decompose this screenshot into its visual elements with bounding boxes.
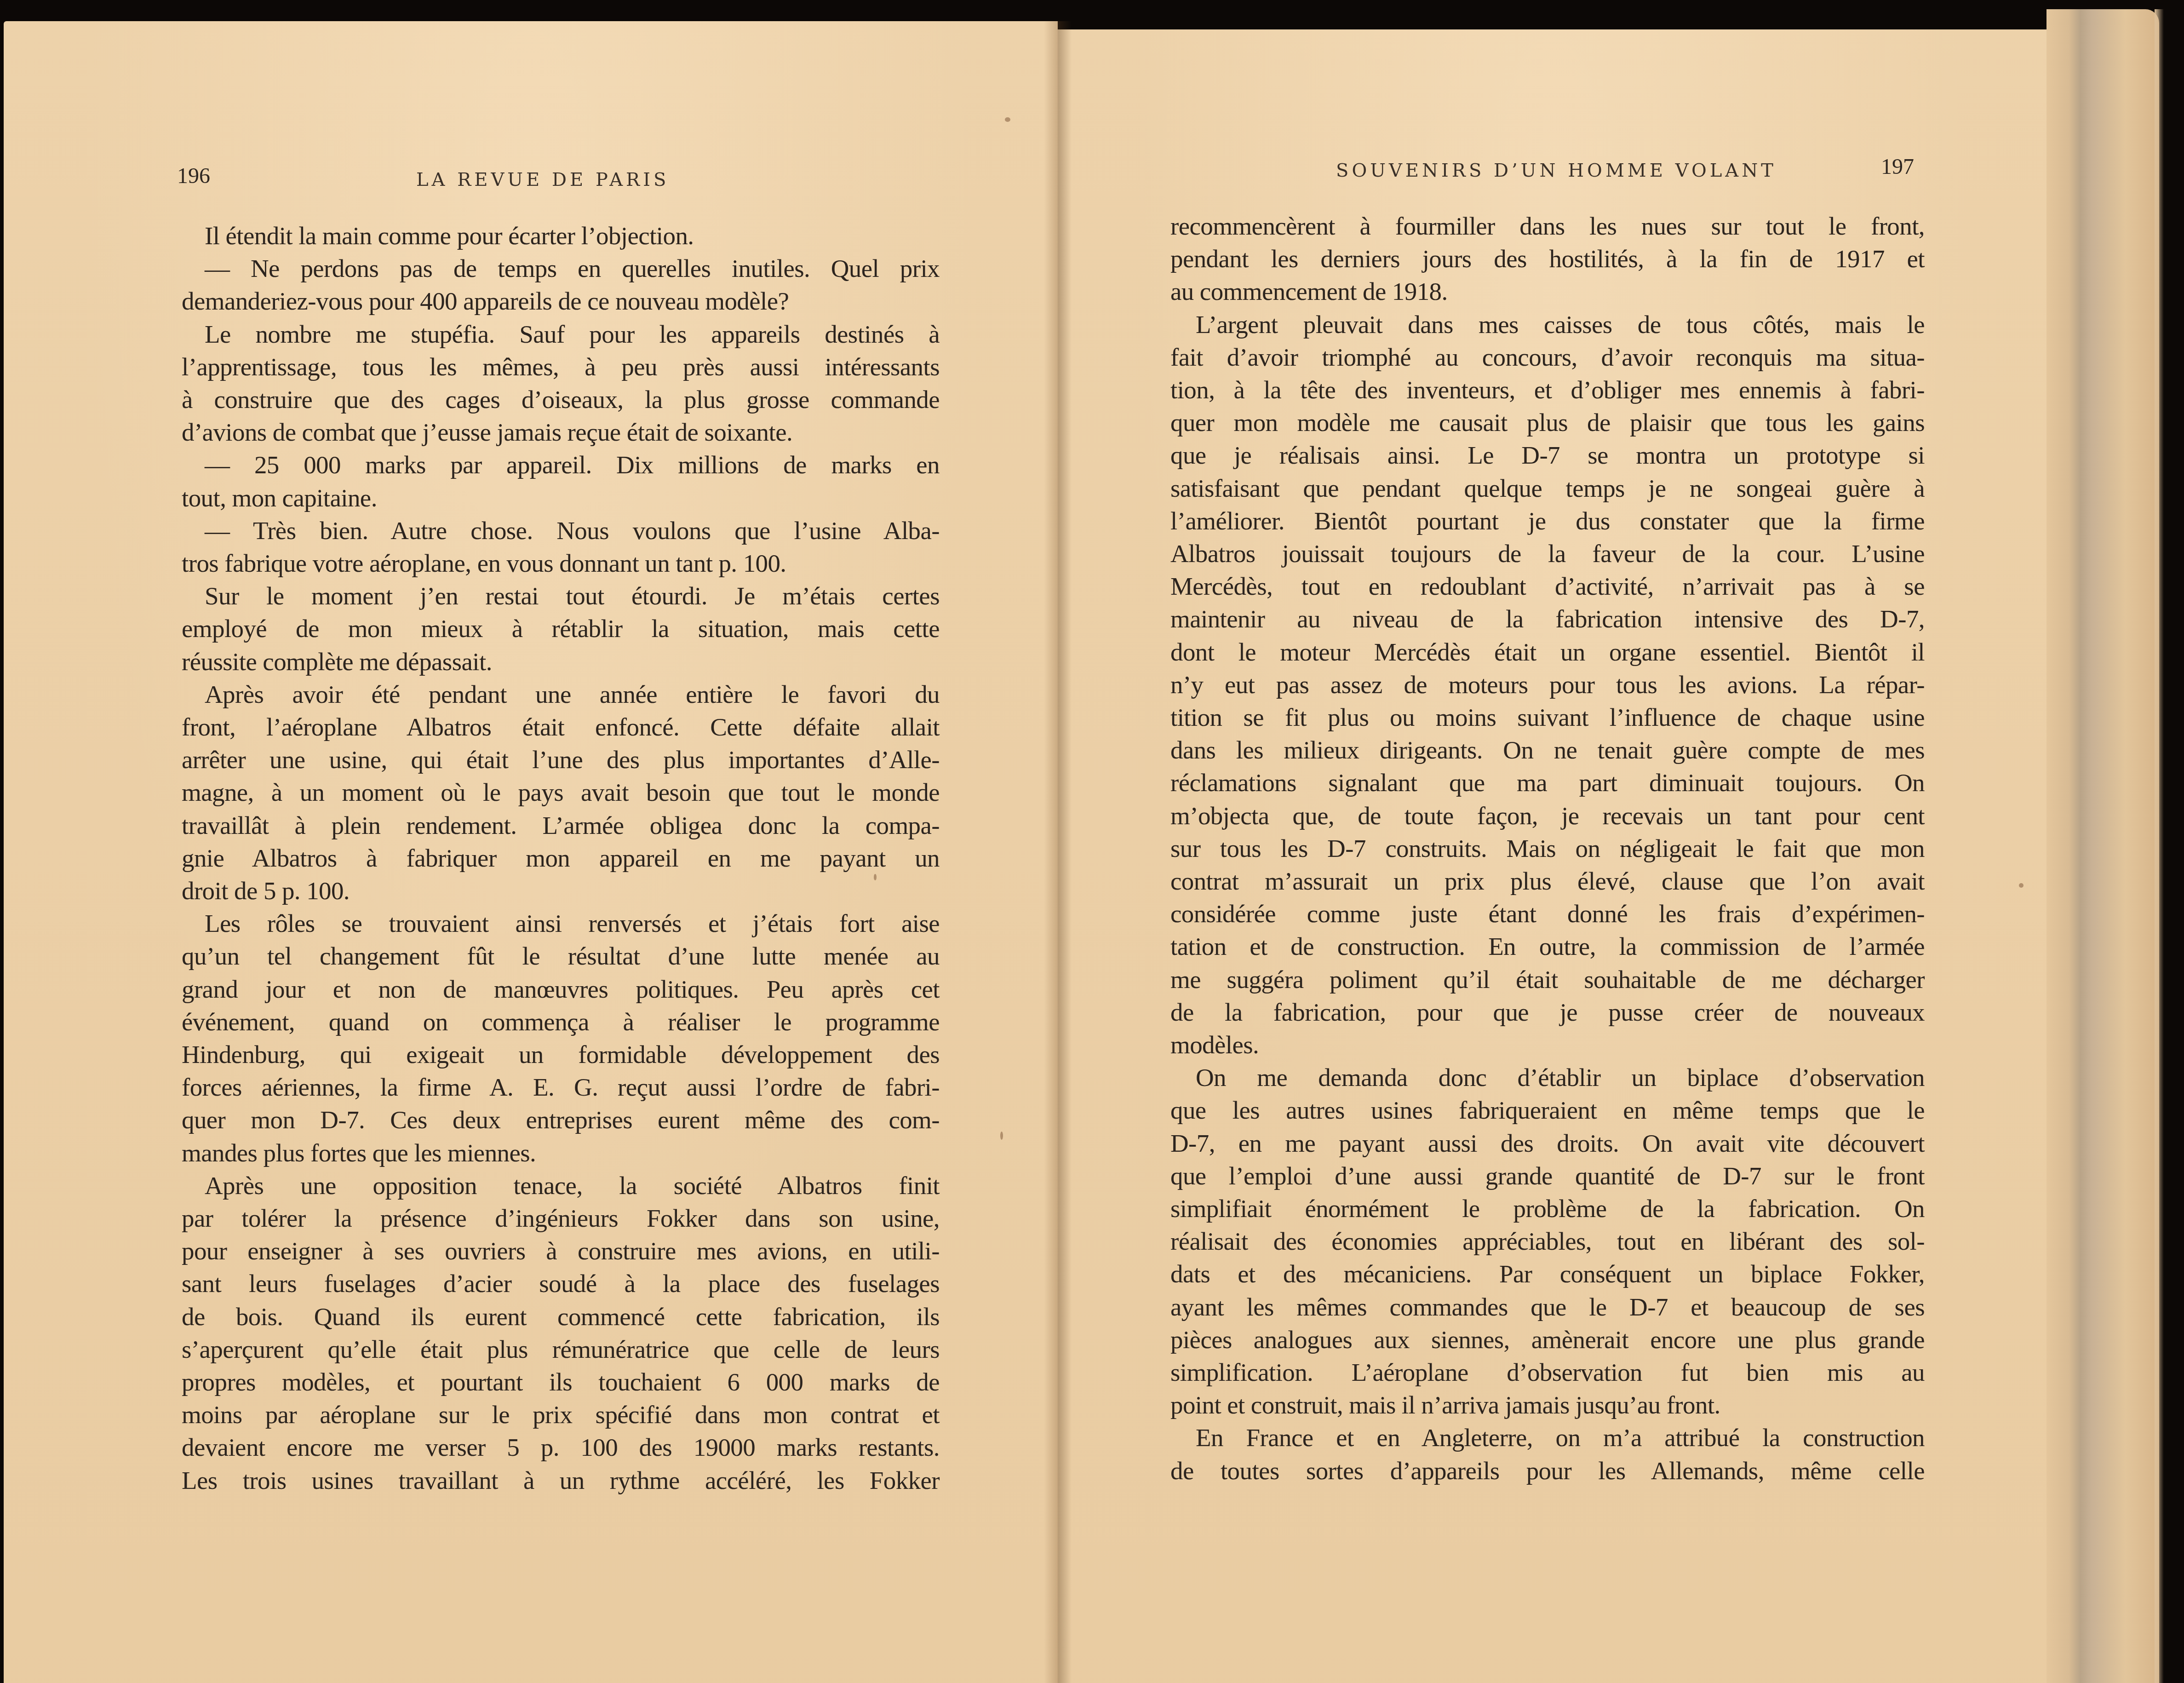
text-line: grand jour et non de manœuvres politique… <box>182 973 940 1005</box>
text-line: On me demanda donc d’établir un biplace … <box>1196 1062 1925 1094</box>
text-line: dans les milieux dirigeants. On ne tenai… <box>1170 734 1925 766</box>
text-line: par tolérer la présence d’ingénieurs Fok… <box>182 1202 940 1235</box>
text-line: sur tous les D-7 construits. Mais on nég… <box>1170 833 1925 865</box>
text-line: au commencement de 1918. <box>1170 276 1925 308</box>
text-line: En France et en Angleterre, on m’a attri… <box>1196 1422 1925 1454</box>
text-line: front, l’aéroplane Albatros était enfonc… <box>182 711 940 743</box>
book-gutter <box>1044 21 1072 1683</box>
text-line: simplifiait énormément le problème de la… <box>1170 1193 1925 1225</box>
text-line: de la fabrication, pour que je pusse cré… <box>1170 996 1925 1028</box>
text-line: pour enseigner à ses ouvriers à construi… <box>182 1235 940 1267</box>
text-line: que l’emploi d’une aussi grande quantité… <box>1170 1160 1925 1192</box>
text-line: droit de 5 p. 100. <box>182 875 940 907</box>
text-line: pendant les derniers jours des hostilité… <box>1170 243 1925 275</box>
text-line: tout, mon capitaine. <box>182 482 940 514</box>
text-line: de toutes sortes d’appareils pour les Al… <box>1170 1455 1925 1487</box>
paper-speck <box>1000 1132 1003 1140</box>
text-line: point et construit, mais il n’arriva jam… <box>1170 1389 1925 1421</box>
text-line: tition se fit plus ou moins suivant l’in… <box>1170 701 1925 734</box>
text-line: événement, quand on commença à réaliser … <box>182 1006 940 1038</box>
text-line: sant leurs fuselages d’acier soudé à la … <box>182 1268 940 1300</box>
text-line: dats et des mécaniciens. Par conséquent … <box>1170 1258 1925 1290</box>
text-line: fait d’avoir triomphé au concours, d’avo… <box>1170 341 1925 373</box>
text-line: tion, à la tête des inventeurs, et d’obl… <box>1170 374 1925 406</box>
text-line: — Ne perdons pas de temps en querelles i… <box>205 253 940 285</box>
text-line: forces aériennes, la firme A. E. G. reçu… <box>182 1071 940 1103</box>
text-line: qu’un tel changement fût le résultat d’u… <box>182 940 940 972</box>
text-line: ayant les mêmes commandes que le D-7 et … <box>1170 1291 1925 1323</box>
text-line: réalisait des économies appréciables, to… <box>1170 1225 1925 1258</box>
page-number-left: 196 <box>177 163 210 189</box>
paper-speck <box>1005 117 1010 122</box>
text-line: D-7, en me payant aussi des droits. On a… <box>1170 1127 1925 1160</box>
text-line: demanderiez-vous pour 400 appareils de c… <box>182 285 940 317</box>
page-number-right: 197 <box>1881 154 1914 179</box>
text-line: employé de mon mieux à rétablir la situa… <box>182 613 940 645</box>
text-line: — Très bien. Autre chose. Nous voulons q… <box>205 515 940 547</box>
text-line: considérée comme juste étant donné les f… <box>1170 898 1925 930</box>
text-line: propres modèles, et pourtant ils touchai… <box>182 1366 940 1398</box>
page-stack-edge <box>2046 9 2159 1683</box>
text-line: réussite complète me dépassait. <box>182 646 940 678</box>
text-line: me suggéra poliment qu’il était souhaita… <box>1170 964 1925 996</box>
text-line: Hindenburg, qui exigeait un formidable d… <box>182 1039 940 1071</box>
text-line: gnie Albatros à fabriquer mon appareil e… <box>182 842 940 874</box>
running-head-left: LA REVUE DE PARIS <box>416 169 669 190</box>
text-line: — 25 000 marks par appareil. Dix million… <box>205 449 940 481</box>
text-line: de bois. Quand ils eurent commencé cette… <box>182 1301 940 1333</box>
text-line: tation et de construction. En outre, la … <box>1170 931 1925 963</box>
text-line: l’améliorer. Bientôt pourtant je dus con… <box>1170 505 1925 537</box>
text-line: arrêter une usine, qui était l’une des p… <box>182 744 940 776</box>
text-line: simplification. L’aéroplane d’observatio… <box>1170 1356 1925 1389</box>
paper-speck <box>2019 883 2023 888</box>
text-line: que je réalisais ainsi. Le D-7 se montra… <box>1170 439 1925 471</box>
text-line: Les rôles se trouvaient ainsi renversés … <box>205 908 940 940</box>
text-line: Sur le moment j’en restai tout étourdi. … <box>205 580 940 612</box>
text-line: d’avions de combat que j’eusse jamais re… <box>182 416 940 448</box>
text-line: maintenir au niveau de la fabrication in… <box>1170 603 1925 635</box>
text-line: dont le moteur Mercédès était un organe … <box>1170 636 1925 668</box>
text-line: Après une opposition tenace, la société … <box>205 1170 940 1202</box>
text-line: pièces analogues aux siennes, amènerait … <box>1170 1324 1925 1356</box>
text-line: Mercédès, tout en redoublant d’activité,… <box>1170 570 1925 603</box>
text-line: m’objecta que, de toute façon, je receva… <box>1170 800 1925 832</box>
text-line: à construire que des cages d’oiseaux, la… <box>182 384 940 416</box>
text-line: L’argent pleuvait dans mes caisses de to… <box>1196 309 1925 341</box>
text-line: satisfaisant que pendant quelque temps j… <box>1170 472 1925 505</box>
text-line: tros fabrique votre aéroplane, en vous d… <box>182 547 940 580</box>
text-line: n’y eut pas assez de moteurs pour tous l… <box>1170 669 1925 701</box>
text-line: quer mon D-7. Ces deux entreprises euren… <box>182 1104 940 1136</box>
text-line: magne, à un moment où le pays avait beso… <box>182 776 940 809</box>
text-line: quer mon modèle me causait plus de plais… <box>1170 407 1925 439</box>
text-line: devaient encore me verser 5 p. 100 des 1… <box>182 1431 940 1464</box>
text-line: travaillât à plein rendement. L’armée ob… <box>182 810 940 842</box>
text-line: contrat m’assurait un prix plus élevé, c… <box>1170 865 1925 897</box>
text-line: modèles. <box>1170 1029 1925 1061</box>
text-line: Il étendit la main comme pour écarter l’… <box>205 220 940 252</box>
text-line: s’aperçurent qu’elle était plus rémunéra… <box>182 1333 940 1366</box>
paper-speck <box>874 874 877 880</box>
text-line: moins par aéroplane sur le prix spécifié… <box>182 1399 940 1431</box>
text-line: que les autres usines fabriqueraient en … <box>1170 1094 1925 1126</box>
text-line: Le nombre me stupéfia. Sauf pour les app… <box>205 318 940 350</box>
text-line: Après avoir été pendant une année entièr… <box>205 678 940 711</box>
text-line: Les trois usines travaillant à un rythme… <box>182 1465 940 1497</box>
text-line: réclamations signalant que ma part dimin… <box>1170 767 1925 799</box>
text-line: recommencèrent à fourmiller dans les nue… <box>1170 210 1925 242</box>
text-line: l’apprentissage, tous les mêmes, à peu p… <box>182 351 940 383</box>
running-head-right: SOUVENIRS D’UN HOMME VOLANT <box>1336 160 1777 181</box>
text-line: Albatros jouissait toujours de la faveur… <box>1170 538 1925 570</box>
text-line: mandes plus fortes que les miennes. <box>182 1137 940 1169</box>
